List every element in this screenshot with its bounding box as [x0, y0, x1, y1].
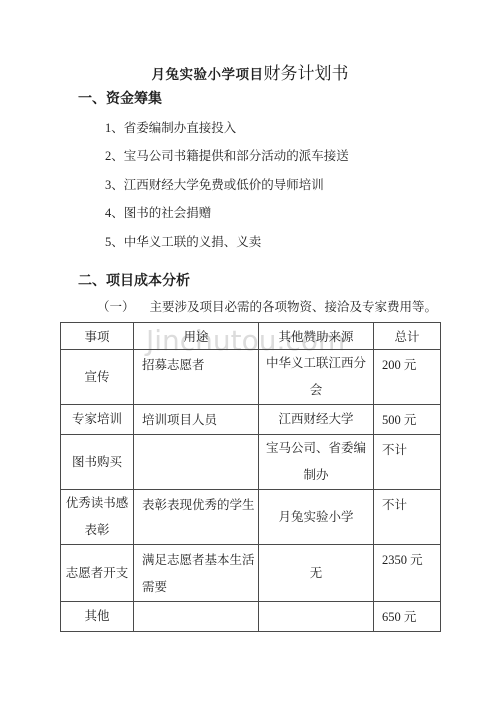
cost-table-body: 宣传招募志愿者中华义工联江西分会200 元专家培训培训项目人员江西财经大学500… [61, 350, 441, 632]
cell-sponsor: 无 [259, 545, 374, 602]
cell-sponsor: 月兔实验小学 [259, 490, 374, 545]
cell-item: 专家培训 [61, 405, 134, 435]
cell-total: 200 元 [374, 350, 441, 405]
cell-item: 志愿者开支 [61, 545, 134, 602]
cell-usage [134, 602, 259, 632]
cell-usage: 满足志愿者基本生活需要 [134, 545, 259, 602]
cell-total: 650 元 [374, 602, 441, 632]
cell-total: 不计 [374, 435, 441, 490]
cost-analysis-table: 事项用途其他赞助来源总计 宣传招募志愿者中华义工联江西分会200 元专家培训培训… [60, 322, 441, 632]
cell-usage: 表彰表现优秀的学生 [134, 490, 259, 545]
table-row: 优秀读书感表彰表彰表现优秀的学生月兔实验小学不计 [61, 490, 441, 545]
cell-item: 其他 [61, 602, 134, 632]
cell-sponsor: 中华义工联江西分会 [259, 350, 374, 405]
table-row: 图书购买宝马公司、省委编制办不计 [61, 435, 441, 490]
table-row: 专家培训培训项目人员江西财经大学500 元 [61, 405, 441, 435]
funding-source-item: 3、江西财经大学免费或低价的导师培训 [105, 171, 349, 199]
funding-source-item: 2、宝马公司书籍提供和部分活动的派车接送 [105, 142, 349, 170]
title-suffix: 财务计划书 [264, 64, 349, 83]
table-header-cell: 总计 [374, 323, 441, 350]
table-row: 其他650 元 [61, 602, 441, 632]
table-header-cell: 事项 [61, 323, 134, 350]
cell-sponsor [259, 602, 374, 632]
cell-total: 不计 [374, 490, 441, 545]
section-1-heading: 一、资金筹集 [78, 92, 162, 107]
cell-item: 宣传 [61, 350, 134, 405]
table-header-cell: 其他赞助来源 [259, 323, 374, 350]
cell-usage: 培训项目人员 [134, 405, 259, 435]
funding-sources-list: 1、省委编制办直接投入2、宝马公司书籍提供和部分活动的派车接送3、江西财经大学免… [105, 114, 349, 256]
cell-total: 2350 元 [374, 545, 441, 602]
title-prefix: 月兔实验小学项目 [152, 67, 264, 82]
cell-sponsor: 宝马公司、省委编制办 [259, 435, 374, 490]
table-header-cell: 用途 [134, 323, 259, 350]
document-page: Jinchutou.com 月兔实验小学项目财务计划书 一、资金筹集 1、省委编… [0, 0, 500, 708]
funding-source-item: 1、省委编制办直接投入 [105, 114, 349, 142]
funding-source-item: 5、中华义工联的义捐、义卖 [105, 228, 349, 256]
cell-usage [134, 435, 259, 490]
cell-item: 优秀读书感表彰 [61, 490, 134, 545]
section-2-intro: （一）主要涉及项目必需的各项物资、接洽及专家费用等。 [97, 300, 437, 315]
section-2-heading: 二、项目成本分析 [78, 274, 190, 289]
cell-usage: 招募志愿者 [134, 350, 259, 405]
cost-table-header-row: 事项用途其他赞助来源总计 [61, 323, 441, 350]
table-row: 宣传招募志愿者中华义工联江西分会200 元 [61, 350, 441, 405]
cell-item: 图书购买 [61, 435, 134, 490]
intro-ordinal-label: （一） [97, 300, 135, 314]
funding-source-item: 4、图书的社会捐赠 [105, 199, 349, 227]
document-title: 月兔实验小学项目财务计划书 [0, 57, 500, 86]
cell-total: 500 元 [374, 405, 441, 435]
cell-sponsor: 江西财经大学 [259, 405, 374, 435]
table-row: 志愿者开支满足志愿者基本生活需要无2350 元 [61, 545, 441, 602]
intro-text: 主要涉及项目必需的各项物资、接洽及专家费用等。 [150, 300, 438, 314]
